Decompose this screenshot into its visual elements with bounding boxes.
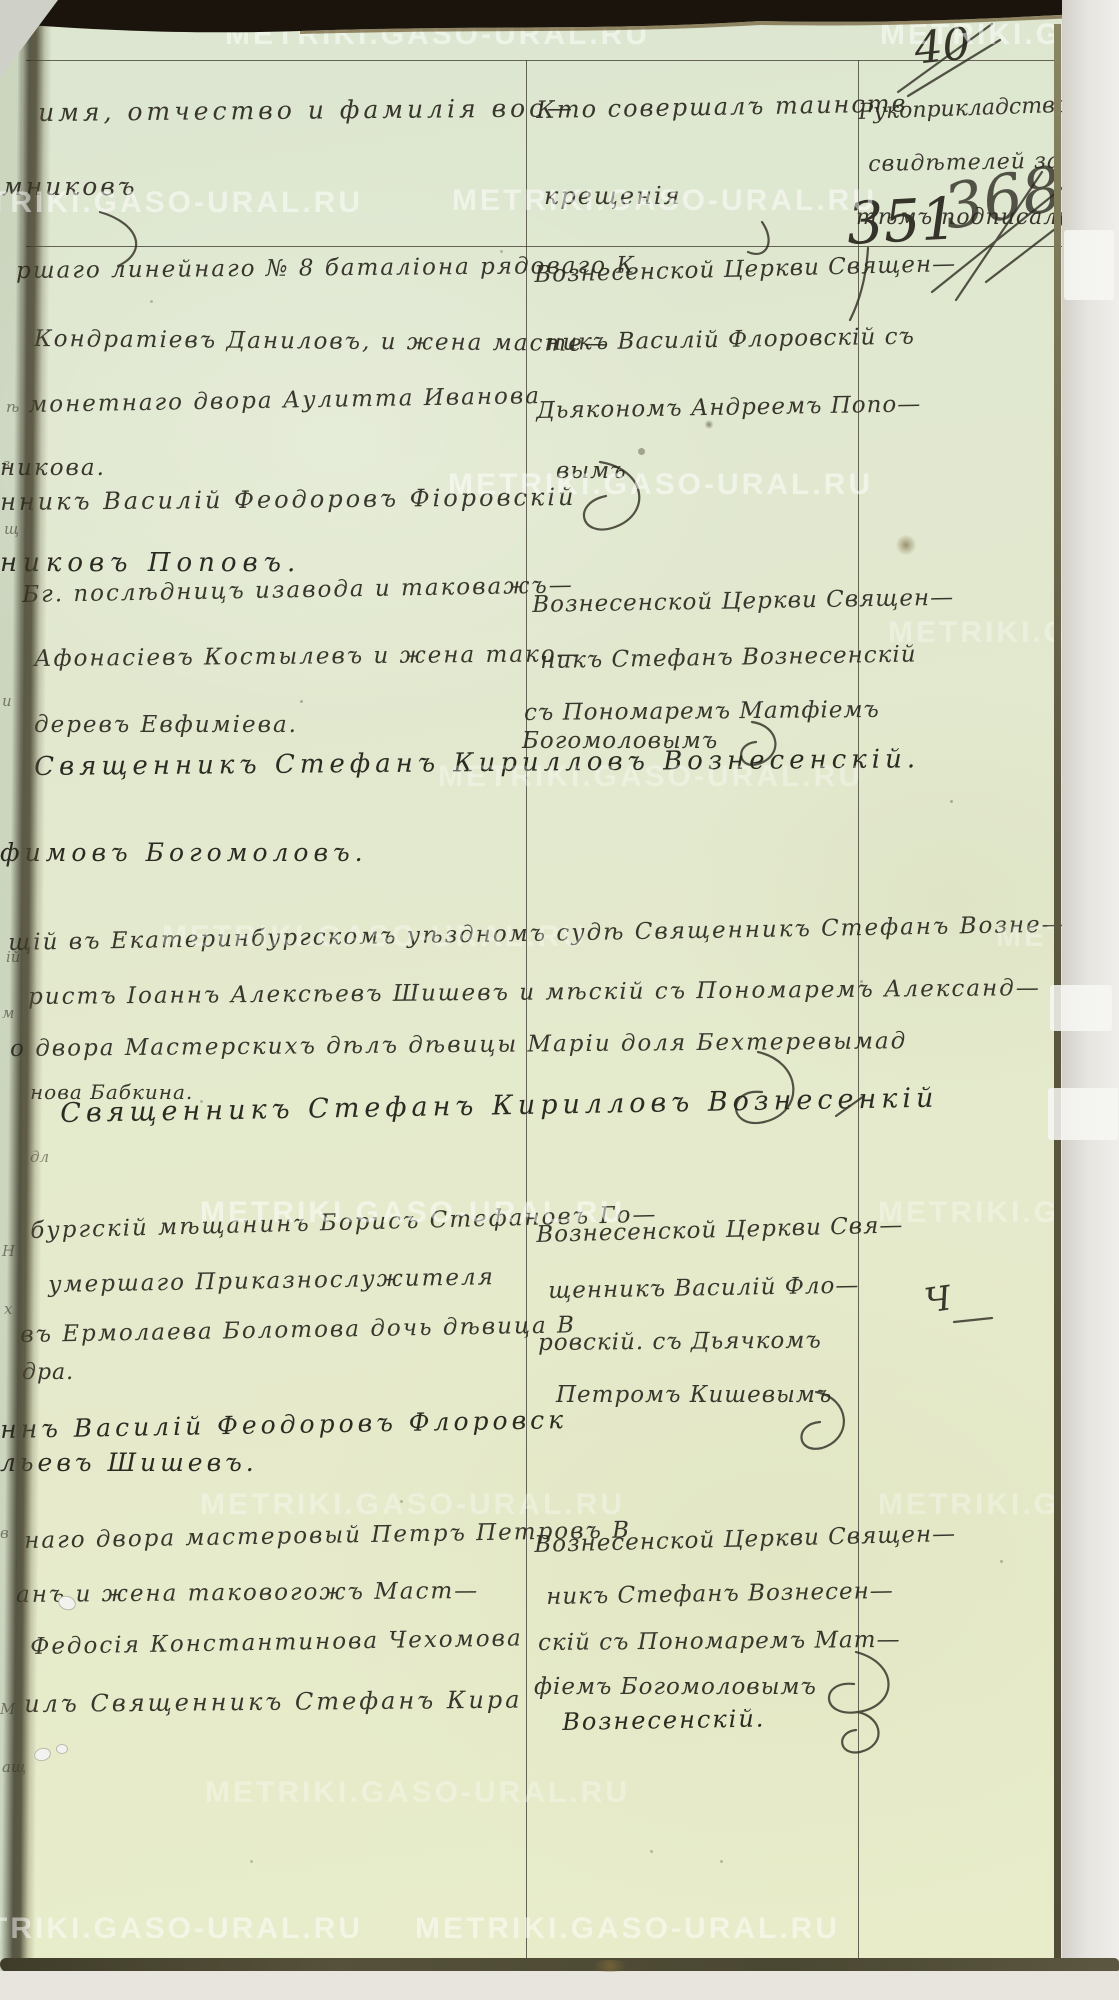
watermark-text: METRIKI.GASO-URAL.RU	[225, 18, 650, 52]
margin-highlight	[1048, 1088, 1118, 1140]
paper-bottom-edge	[0, 1958, 1119, 1972]
gutter-fragment: з	[2, 455, 10, 473]
watermark-text: METRIKI.GASO-URAL.RU	[200, 1488, 625, 1522]
entry4-left-line2: умершаго Приказнослужителя	[48, 1264, 495, 1298]
wormhole	[56, 1744, 68, 1754]
entry4-middle-line4: Петромъ Кишевымъ	[556, 1382, 832, 1408]
entry4-middle-line2: щенникъ Василій Фло—	[548, 1273, 860, 1304]
ink-stain	[896, 534, 916, 556]
witness-mark-dash	[954, 1318, 992, 1322]
entry1-middle-line3: Дьякономъ Андреемъ Попо—	[536, 391, 922, 424]
metric-book-scan-page: имя, отчество и фамилія вос— мниковъ Кто…	[0, 0, 1119, 2000]
watermark-text: METRIKI.GASO-URAL.RU	[880, 18, 1062, 52]
entry1-left-line2: Кондратіевъ Даниловъ, и жена масте—	[34, 326, 609, 357]
bottom-edge-stain	[588, 1960, 632, 1972]
entry4-middle-line3: ровскій. съ Дьячкомъ	[538, 1328, 822, 1356]
margin-highlight	[1050, 985, 1112, 1031]
entry2-middle-line1: Вознесенской Церкви Священ—	[532, 585, 954, 618]
watermark-text: METRIKI.GASO-URAL.RU	[878, 1488, 1062, 1522]
entry5-left-line4: илъ Священникъ Стефанъ Кира	[24, 1686, 523, 1718]
entry1-left-line5: нникъ Василій Феодоровъ Фіоровскій	[0, 483, 577, 516]
entry2-middle-line4: Богомоловымъ	[522, 728, 718, 754]
header-col2-line1: Кто совершалъ таинств	[536, 90, 908, 124]
entry1-middle-line4: вымъ	[556, 458, 627, 484]
entry3-line1: щій въ Екатеринбургскомъ уѣздномъ судѣ С…	[8, 912, 1067, 956]
gutter-fragment: и	[2, 692, 12, 710]
entry2-left-line4: Священникъ Стефанъ Кирилловъ Вознесенскі…	[34, 744, 920, 782]
entry4-left-line3: въ Ермолаева Болотова дочь дѣвица В	[20, 1312, 576, 1348]
entry2-left-line2: Афонасіевъ Костылевъ и жена тако—	[34, 641, 582, 672]
entry2-middle-line2: никъ Стефанъ Вознесенскій	[540, 641, 917, 674]
entry5-middle-line3: скій съ Пономаремъ Мат—	[538, 1627, 901, 1656]
entry3-line3: о двора Мастерскихъ дѣлъ дѣвицы Маріи до…	[10, 1028, 907, 1062]
entry1-left-line3: монетнаго двора Аулитта Иванова	[28, 383, 541, 418]
entry5-middle-line5: Вознесенскій.	[562, 1704, 766, 1736]
entry5-left-line3: Федосія Константинова Чехомова	[30, 1625, 523, 1660]
watermark-text: METRIKI.GASO-URAL.RU	[878, 1196, 1062, 1230]
watermark-text: METRIKI.GASO-URAL.RU	[415, 1912, 840, 1946]
entry5-middle-line2: никъ Стефанъ Вознесен—	[546, 1578, 894, 1610]
entry4-witness-mark: Ч	[922, 1278, 955, 1321]
entry2-middle-line3: съ Пономаремъ Матфіемъ	[524, 697, 880, 726]
entry5-left-line2: анъ и жена таковогожъ Маст—	[16, 1578, 479, 1608]
entry3-line2: ристъ Іоаннъ Алексѣевъ Шишевъ и мѣскій с…	[28, 975, 1041, 1010]
header-col1-line1: имя, отчество и фамилія вос—	[38, 93, 576, 127]
small-stain	[704, 420, 714, 429]
entry2-left-line3: деревъ Евфиміева.	[34, 712, 298, 738]
page-number-crossed: 40	[912, 18, 973, 75]
scanner-bottom-margin	[0, 1971, 1119, 2000]
table-top-rule	[26, 60, 1058, 61]
watermark-text: METRIKI.GASO-URAL.RU	[0, 1912, 363, 1946]
watermark-text: METRIKI.GASO-URAL.RU	[205, 1776, 630, 1810]
header-col2-line2: крещенія	[544, 182, 682, 210]
entry1-middle-line2: никъ Василій Флоровскій съ	[546, 324, 915, 356]
margin-highlight	[1064, 230, 1114, 300]
paper-flecks	[300, 700, 303, 703]
flourish-header-col2	[748, 222, 769, 254]
entry4-left-line5: ннъ Василій Феодоровъ Флоровск	[0, 1405, 567, 1444]
entry5-middle-line4: фіемъ Богомоловымъ	[534, 1674, 817, 1700]
entry2-left-line5: фимовъ Богомоловъ.	[0, 838, 368, 867]
